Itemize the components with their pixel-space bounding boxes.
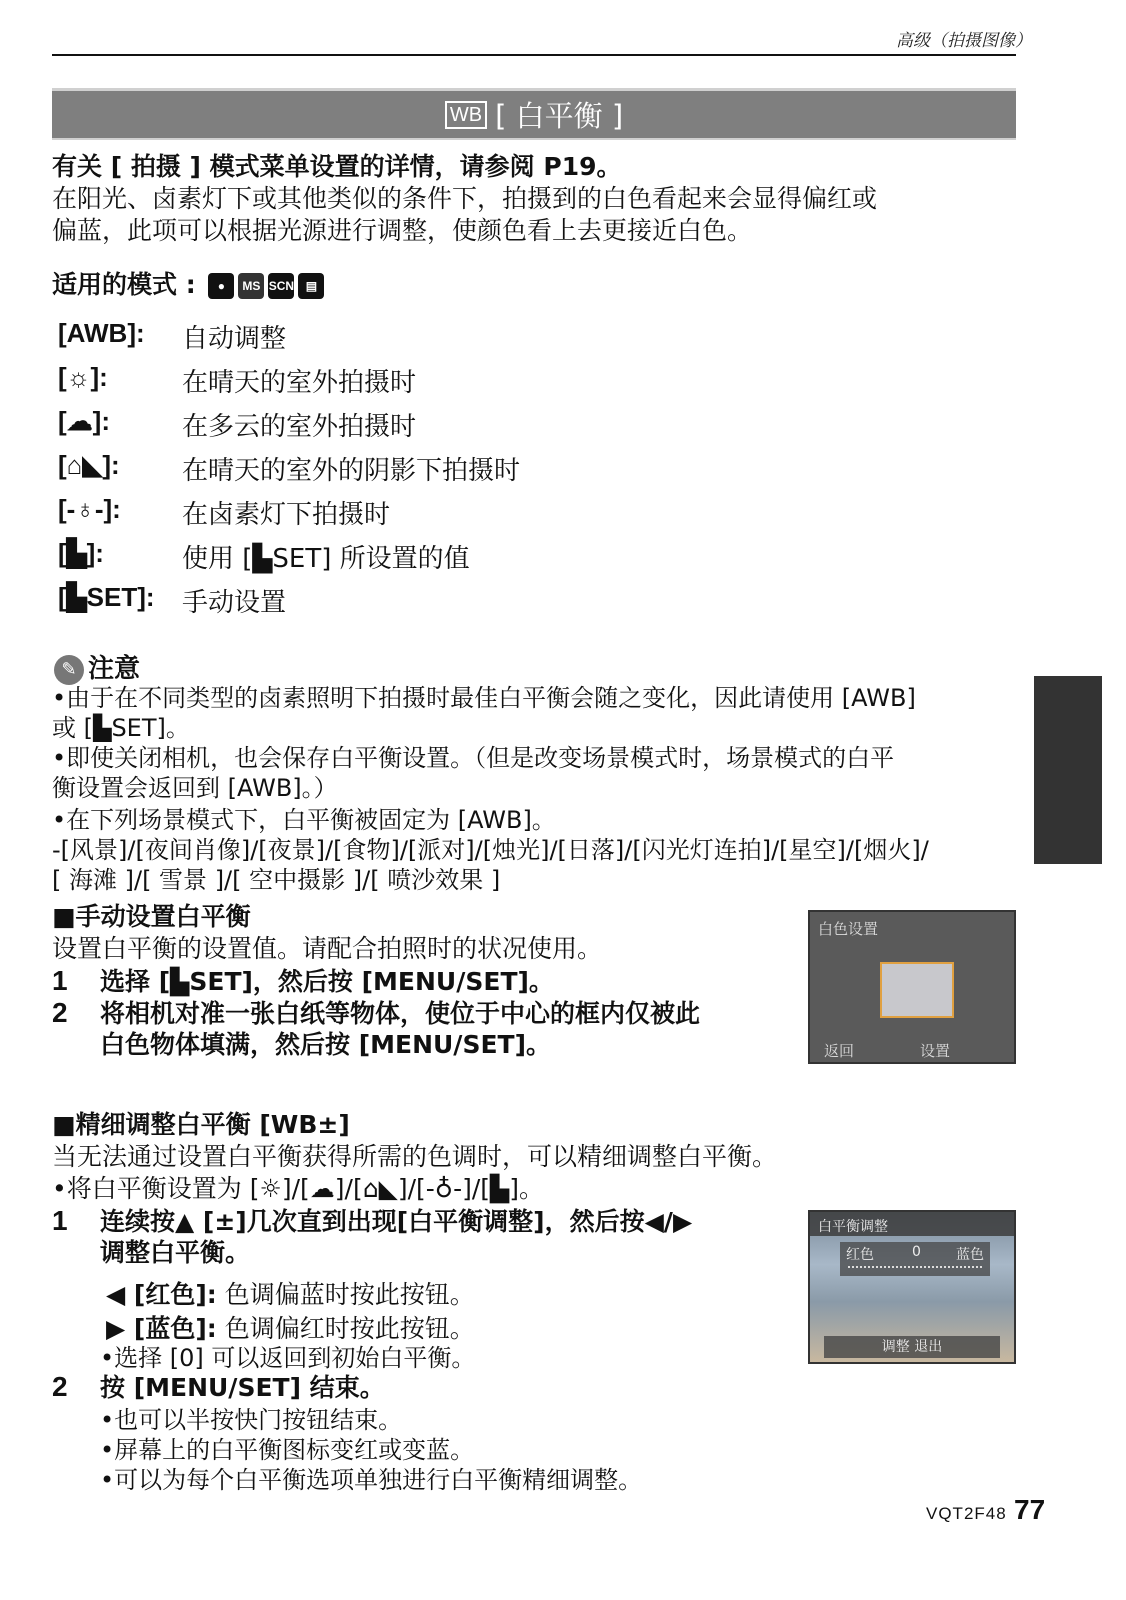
manual-step-2-cont: 白色物体填满，然后按 [MENU/SET]。 — [100, 1028, 551, 1061]
custom-wb-icon: [▙]: — [58, 538, 182, 575]
section-header: 高级（拍摄图像） — [896, 26, 1032, 51]
manual-desc: 设置白平衡的设置值。请配合拍照时的状况使用。 — [52, 932, 602, 965]
wb-option-halogen: [-♁-]:在卤素灯下拍摄时 — [58, 494, 390, 531]
blue-option: ▶ [蓝色]: 色调偏红时按此按钮。 — [106, 1312, 475, 1345]
wb-option-awb: [AWB]:自动调整 — [58, 318, 286, 355]
fine-step-1: 1连续按▲ [±]几次直到出现[白平衡调整]，然后按◀/▶ — [52, 1204, 692, 1238]
halogen-icon: [-♁-]: — [58, 494, 182, 531]
film-mode-icon: ▤ — [298, 273, 324, 299]
wb-slider — [848, 1266, 982, 1270]
menu-reference: 有关 [ 拍摄 ] 模式菜单设置的详情，请参阅 P19。 — [52, 150, 621, 183]
wb-option-manual: [▙SET]:手动设置 — [58, 582, 286, 619]
header-rule — [52, 54, 1016, 56]
note-line: [ 海滩 ]/[ 雪景 ]/[ 空中摄影 ]/[ 喷沙效果 ] — [52, 864, 500, 896]
fine-step-2: 2按 [MENU/SET] 结束。 — [52, 1370, 385, 1404]
screen-set-label: 设置 — [920, 1040, 950, 1061]
scn-mode-icon: SCN — [268, 273, 294, 299]
step2-note: •屏幕上的白平衡图标变红或变蓝。 — [100, 1434, 474, 1466]
fine-desc: 当无法通过设置白平衡获得所需的色调时，可以精细调整白平衡。 — [52, 1140, 777, 1173]
page-title-bar: WB [ 白平衡 ] — [52, 88, 1016, 140]
note-line: •在下列场景模式下，白平衡被固定为 [AWB]。 — [52, 804, 556, 836]
manual-step-1: 1选择 [▙SET]，然后按 [MENU/SET]。 — [52, 964, 554, 998]
intro-line-1: 在阳光、卤素灯下或其他类似的条件下，拍摄到的白色看起来会显得偏红或 — [52, 182, 877, 215]
camera-mode-icon: ● — [208, 273, 234, 299]
chapter-tab — [1034, 676, 1102, 864]
pencil-icon: ✎ — [54, 655, 84, 685]
wb-option-cloudy: [☁]:在多云的室外拍摄时 — [58, 406, 416, 443]
step2-note: •也可以半按快门按钮结束。 — [100, 1404, 402, 1436]
white-set-screen: 白色设置 返回 设置 — [808, 910, 1016, 1064]
white-frame — [880, 962, 954, 1018]
step2-note: •可以为每个白平衡选项单独进行白平衡精细调整。 — [100, 1464, 642, 1496]
manual-heading: ■手动设置白平衡 — [52, 900, 251, 933]
note-line: •即使关闭相机，也会保存白平衡设置。（但是改变场景模式时，场景模式的白平 — [52, 742, 894, 774]
page-number: 77 — [1014, 1494, 1045, 1526]
note-line: 或 [▙SET]。 — [52, 712, 190, 744]
modes-label: 适用的模式 : — [52, 270, 196, 299]
applicable-modes: 适用的模式 : ●MSSCN▤ — [52, 268, 324, 301]
doc-code: VQT2F48 — [926, 1504, 1007, 1524]
screen-bottom-bar: 调整 退出 — [824, 1336, 1000, 1358]
ms-mode-icon: MS — [238, 273, 264, 299]
notes-heading: ✎注意 — [54, 648, 140, 685]
fine-heading: ■精细调整白平衡 [WB±] — [52, 1108, 350, 1141]
sun-icon: [☼]: — [58, 362, 182, 399]
intro-line-2: 偏蓝，此项可以根据光源进行调整，使颜色看上去更接近白色。 — [52, 214, 752, 247]
cloud-icon: [☁]: — [58, 406, 182, 443]
shade-icon: [⌂◣]: — [58, 450, 182, 487]
note-line: 衡设置会返回到 [AWB]。） — [52, 772, 338, 804]
fine-bullet: •将白平衡设置为 [☼]/[☁]/[⌂◣]/[-♁-]/[▙]。 — [52, 1172, 544, 1205]
wb-icon: WB — [445, 101, 487, 129]
screen-title: 白平衡调整 — [818, 1216, 888, 1236]
wb-option-daylight: [☼]:在晴天的室外拍摄时 — [58, 362, 416, 399]
wb-option-custom: [▙]:使用 [▙SET] 所设置的值 — [58, 538, 470, 575]
wb-adjust-screen: 白平衡调整 红色 0 蓝色 调整 退出 — [808, 1210, 1016, 1364]
manual-step-2: 2将相机对准一张白纸等物体，使位于中心的框内仅被此 — [52, 996, 700, 1030]
screen-back-label: 返回 — [824, 1040, 854, 1061]
wb-set-icon: [▙SET]: — [58, 582, 182, 619]
red-option: ◀ [红色]: 色调偏蓝时按此按钮。 — [106, 1278, 475, 1311]
note-line: •由于在不同类型的卤素照明下拍摄时最佳白平衡会随之变化，因此请使用 [AWB] — [52, 682, 916, 714]
page-title: [ 白平衡 ] — [495, 94, 623, 135]
wb-slider-panel: 红色 0 蓝色 — [840, 1242, 990, 1276]
fine-step-1-cont: 调整白平衡。 — [100, 1236, 250, 1269]
screen-title: 白色设置 — [818, 918, 878, 939]
note-line: -[风景]/[夜间肖像]/[夜景]/[食物]/[派对]/[烛光]/[日落]/[闪… — [52, 834, 929, 866]
wb-option-shade: [⌂◣]:在晴天的室外的阴影下拍摄时 — [58, 450, 520, 487]
